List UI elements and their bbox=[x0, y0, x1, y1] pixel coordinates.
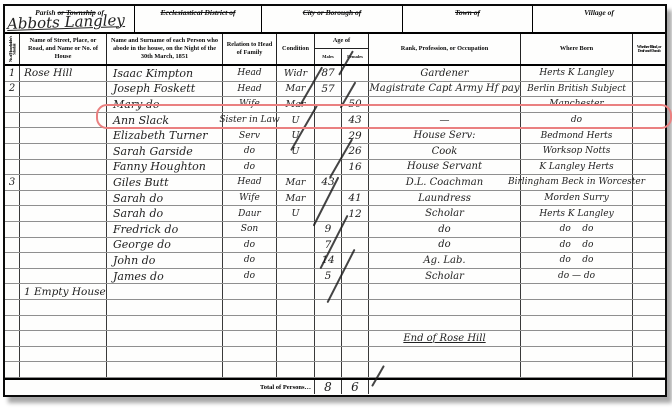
schedule-number-cell bbox=[5, 347, 20, 362]
street-cell bbox=[20, 253, 107, 268]
occupation-cell bbox=[369, 97, 521, 112]
census-row: Sarah do Daur U 12 Scholar Herts K Langl… bbox=[5, 206, 665, 222]
header-relation: Relation to Head of Family bbox=[223, 34, 277, 64]
condition-cell bbox=[277, 331, 315, 346]
schedule-number-cell bbox=[5, 206, 20, 221]
condition-cell: U bbox=[277, 206, 315, 221]
parish-box: Parish or Township of Abbots Langley bbox=[5, 6, 135, 32]
infirmity-cell bbox=[633, 253, 665, 268]
relation-cell: do bbox=[223, 144, 277, 159]
census-row bbox=[5, 347, 665, 363]
street-cell bbox=[20, 300, 107, 315]
age-females-cell bbox=[342, 316, 369, 331]
street-cell bbox=[20, 160, 107, 175]
name-cell: Sarah Garside bbox=[107, 144, 223, 159]
condition-cell bbox=[277, 347, 315, 362]
schedule-number-cell bbox=[5, 316, 20, 331]
town-label: Town of bbox=[455, 8, 480, 17]
occupation-cell: D.L. Coachman bbox=[369, 175, 521, 190]
where-born-cell bbox=[521, 331, 633, 346]
name-cell: Joseph Foskett bbox=[107, 82, 223, 97]
street-cell bbox=[20, 222, 107, 237]
name-cell: Ann Slack bbox=[107, 113, 223, 128]
age-males-cell bbox=[315, 97, 342, 112]
occupation-cell: House Serv: bbox=[369, 128, 521, 143]
parish-value: Abbots Langley bbox=[7, 11, 125, 33]
infirmity-cell bbox=[633, 66, 665, 81]
street-cell bbox=[20, 144, 107, 159]
occupation-cell bbox=[369, 362, 521, 377]
occupation-cell: Ag. Lab. bbox=[369, 253, 521, 268]
street-cell: Rose Hill bbox=[20, 66, 107, 81]
header-age-males: Males bbox=[315, 49, 342, 64]
occupation-cell bbox=[369, 284, 521, 299]
where-born-cell: K Langley Herts bbox=[521, 160, 633, 175]
relation-cell bbox=[223, 316, 277, 331]
age-females-cell bbox=[342, 238, 369, 253]
condition-cell bbox=[277, 316, 315, 331]
condition-cell bbox=[277, 253, 315, 268]
age-females-cell bbox=[342, 175, 369, 190]
header-age-subcolumns: Males Females bbox=[315, 49, 368, 64]
infirmity-cell bbox=[633, 347, 665, 362]
column-headers: No. of Householder's Schedule Name of St… bbox=[5, 34, 665, 66]
relation-cell: do bbox=[223, 160, 277, 175]
schedule-number-cell bbox=[5, 238, 20, 253]
infirmity-cell bbox=[633, 175, 665, 190]
age-females-cell: 43 bbox=[342, 113, 369, 128]
header-where-born: Where Born bbox=[521, 34, 633, 64]
where-born-cell bbox=[521, 347, 633, 362]
header-age: Age of Males Females bbox=[315, 34, 369, 64]
occupation-cell: End of Rose Hill bbox=[369, 331, 521, 346]
schedule-number-cell: 2 bbox=[5, 82, 20, 97]
where-born-cell bbox=[521, 284, 633, 299]
city-borough-box: City or Borough of bbox=[262, 6, 403, 32]
census-table-body: 1 Rose Hill Isaac Kimpton Head Widr 87 G… bbox=[5, 66, 665, 378]
relation-cell: Sister in Law bbox=[223, 113, 277, 128]
village-label: Village of bbox=[584, 8, 614, 17]
name-cell: Sarah do bbox=[107, 191, 223, 206]
town-box: Town of bbox=[403, 6, 533, 32]
schedule-number-cell bbox=[5, 97, 20, 112]
where-born-cell: Birlingham Beck in Worcester bbox=[521, 175, 633, 190]
ecclesiastical-district-box: Ecclesiastical District of bbox=[135, 6, 262, 32]
condition-cell bbox=[277, 300, 315, 315]
age-females-cell bbox=[342, 347, 369, 362]
condition-cell: Mar bbox=[277, 191, 315, 206]
infirmity-cell bbox=[633, 331, 665, 346]
header-age-label: Age of bbox=[315, 34, 368, 49]
relation-cell bbox=[223, 331, 277, 346]
occupation-cell: do bbox=[369, 222, 521, 237]
occupation-cell: Scholar bbox=[369, 206, 521, 221]
street-cell bbox=[20, 206, 107, 221]
name-cell bbox=[107, 347, 223, 362]
occupation-cell: House Servant bbox=[369, 160, 521, 175]
city-borough-label: City or Borough of bbox=[303, 8, 362, 17]
relation-cell: do bbox=[223, 238, 277, 253]
name-cell: John do bbox=[107, 253, 223, 268]
where-born-cell bbox=[521, 316, 633, 331]
total-females-value: 6 bbox=[342, 380, 369, 394]
census-row bbox=[5, 300, 665, 316]
infirmity-cell bbox=[633, 160, 665, 175]
schedule-number-cell bbox=[5, 300, 20, 315]
census-row: Sarah Garside do U 26 Cook Worksop Notts bbox=[5, 144, 665, 160]
age-females-cell bbox=[342, 269, 369, 284]
condition-cell bbox=[277, 222, 315, 237]
where-born-cell: Bedmond Herts bbox=[521, 128, 633, 143]
street-cell bbox=[20, 128, 107, 143]
condition-cell: Mar bbox=[277, 175, 315, 190]
occupation-cell: Magistrate Capt Army Hf pay bbox=[369, 82, 521, 97]
relation-cell: Head bbox=[223, 66, 277, 81]
condition-cell bbox=[277, 238, 315, 253]
schedule-number-cell: 1 bbox=[5, 66, 20, 81]
age-males-cell bbox=[315, 316, 342, 331]
relation-cell bbox=[223, 284, 277, 299]
name-cell: James do bbox=[107, 269, 223, 284]
street-cell bbox=[20, 175, 107, 190]
occupation-cell bbox=[369, 316, 521, 331]
condition-cell bbox=[277, 362, 315, 377]
name-cell: Fanny Houghton bbox=[107, 160, 223, 175]
age-females-cell bbox=[342, 362, 369, 377]
occupation-cell: Laundress bbox=[369, 191, 521, 206]
infirmity-cell bbox=[633, 206, 665, 221]
age-males-cell: 14 bbox=[315, 253, 342, 268]
condition-cell bbox=[277, 269, 315, 284]
name-cell bbox=[107, 284, 223, 299]
where-born-cell: Berlin British Subject bbox=[521, 82, 633, 97]
street-cell bbox=[20, 316, 107, 331]
age-males-cell bbox=[315, 113, 342, 128]
relation-cell bbox=[223, 300, 277, 315]
relation-cell: Wife bbox=[223, 191, 277, 206]
total-row: Total of Persons… 8 6 bbox=[5, 378, 665, 394]
occupation-cell bbox=[369, 300, 521, 315]
census-row: 1 Rose Hill Isaac Kimpton Head Widr 87 G… bbox=[5, 66, 665, 82]
age-females-cell: 16 bbox=[342, 160, 369, 175]
age-males-cell: 57 bbox=[315, 82, 342, 97]
street-cell bbox=[20, 269, 107, 284]
schedule-number-cell bbox=[5, 128, 20, 143]
schedule-number-cell bbox=[5, 284, 20, 299]
infirmity-cell bbox=[633, 113, 665, 128]
schedule-number-cell bbox=[5, 113, 20, 128]
where-born-cell: do do bbox=[521, 222, 633, 237]
occupation-cell: do bbox=[369, 238, 521, 253]
schedule-number-cell bbox=[5, 144, 20, 159]
relation-cell: Son bbox=[223, 222, 277, 237]
relation-cell: Head bbox=[223, 175, 277, 190]
schedule-number-cell bbox=[5, 222, 20, 237]
census-form: Parish or Township of Abbots Langley Ecc… bbox=[3, 4, 667, 397]
occupation-cell: Gardener bbox=[369, 66, 521, 81]
where-born-cell: Herts K Langley bbox=[521, 206, 633, 221]
schedule-number-cell bbox=[5, 160, 20, 175]
occupation-cell: Cook bbox=[369, 144, 521, 159]
street-cell: 1 Empty House bbox=[20, 284, 107, 299]
total-males-value: 8 bbox=[315, 380, 342, 394]
name-cell bbox=[107, 362, 223, 377]
census-scan-page: Parish or Township of Abbots Langley Ecc… bbox=[0, 0, 672, 412]
where-born-cell: Morden Surry bbox=[521, 191, 633, 206]
name-cell bbox=[107, 331, 223, 346]
where-born-cell: Worksop Notts bbox=[521, 144, 633, 159]
name-cell: George do bbox=[107, 238, 223, 253]
relation-cell bbox=[223, 347, 277, 362]
header-infirmity: Whether Blind, or Deaf-and-Dumb bbox=[633, 34, 665, 64]
infirmity-cell bbox=[633, 144, 665, 159]
street-cell bbox=[20, 97, 107, 112]
ecclesiastical-district-label: Ecclesiastical District of bbox=[161, 8, 236, 17]
age-females-cell bbox=[342, 66, 369, 81]
age-males-cell bbox=[315, 144, 342, 159]
age-males-cell bbox=[315, 331, 342, 346]
age-males-cell bbox=[315, 128, 342, 143]
name-cell bbox=[107, 316, 223, 331]
census-row: Mary do Wife Mar 50 Manchester bbox=[5, 97, 665, 113]
infirmity-cell bbox=[633, 82, 665, 97]
relation-cell: Serv bbox=[223, 128, 277, 143]
schedule-number-cell bbox=[5, 331, 20, 346]
infirmity-cell bbox=[633, 238, 665, 253]
census-row: Ann Slack Sister in Law U 43 — do bbox=[5, 113, 665, 129]
condition-cell: Mar bbox=[277, 97, 315, 112]
age-females-cell bbox=[342, 284, 369, 299]
census-row: Elizabeth Turner Serv U 29 House Serv: B… bbox=[5, 128, 665, 144]
where-born-cell: do bbox=[521, 113, 633, 128]
occupation-cell: — bbox=[369, 113, 521, 128]
infirmity-cell bbox=[633, 362, 665, 377]
where-born-cell: do — do bbox=[521, 269, 633, 284]
name-cell: Mary do bbox=[107, 97, 223, 112]
condition-cell: Widr bbox=[277, 66, 315, 81]
relation-cell: do bbox=[223, 269, 277, 284]
infirmity-cell bbox=[633, 222, 665, 237]
street-cell bbox=[20, 113, 107, 128]
form-header-strip: Parish or Township of Abbots Langley Ecc… bbox=[5, 6, 665, 34]
infirmity-cell bbox=[633, 300, 665, 315]
street-cell bbox=[20, 331, 107, 346]
infirmity-cell bbox=[633, 316, 665, 331]
name-cell: Elizabeth Turner bbox=[107, 128, 223, 143]
header-street: Name of Street, Place, or Road, and Name… bbox=[20, 34, 107, 64]
where-born-cell: Herts K Langley bbox=[521, 66, 633, 81]
census-row: John do do 14 Ag. Lab. do do bbox=[5, 253, 665, 269]
village-box: Village of bbox=[533, 6, 665, 32]
name-cell bbox=[107, 300, 223, 315]
name-cell: Giles Butt bbox=[107, 175, 223, 190]
relation-cell: Daur bbox=[223, 206, 277, 221]
where-born-cell bbox=[521, 362, 633, 377]
age-females-cell bbox=[342, 300, 369, 315]
street-cell bbox=[20, 362, 107, 377]
census-row bbox=[5, 362, 665, 378]
header-condition: Condition bbox=[277, 34, 315, 64]
name-cell: Isaac Kimpton bbox=[107, 66, 223, 81]
relation-cell bbox=[223, 362, 277, 377]
census-row: James do do 5 Scholar do — do bbox=[5, 269, 665, 285]
schedule-number-cell bbox=[5, 362, 20, 377]
age-males-cell bbox=[315, 362, 342, 377]
where-born-cell: Manchester bbox=[521, 97, 633, 112]
schedule-number-cell: 3 bbox=[5, 175, 20, 190]
infirmity-cell bbox=[633, 128, 665, 143]
infirmity-cell bbox=[633, 97, 665, 112]
schedule-number-cell bbox=[5, 191, 20, 206]
name-cell: Sarah do bbox=[107, 206, 223, 221]
occupation-cell: Scholar bbox=[369, 269, 521, 284]
age-females-cell: 29 bbox=[342, 128, 369, 143]
infirmity-cell bbox=[633, 284, 665, 299]
header-name: Name and Surname of each Person who abod… bbox=[107, 34, 223, 64]
condition-cell bbox=[277, 284, 315, 299]
condition-cell bbox=[277, 160, 315, 175]
condition-cell: U bbox=[277, 144, 315, 159]
schedule-number-cell bbox=[5, 269, 20, 284]
schedule-number-cell bbox=[5, 253, 20, 268]
where-born-cell: do do bbox=[521, 253, 633, 268]
total-persons-label: Total of Persons… bbox=[5, 380, 315, 394]
age-females-cell bbox=[342, 331, 369, 346]
relation-cell: Head bbox=[223, 82, 277, 97]
header-occupation: Rank, Profession, or Occupation bbox=[369, 34, 521, 64]
street-cell bbox=[20, 82, 107, 97]
relation-cell: do bbox=[223, 253, 277, 268]
street-cell bbox=[20, 347, 107, 362]
where-born-cell bbox=[521, 300, 633, 315]
census-row bbox=[5, 316, 665, 332]
age-males-cell bbox=[315, 347, 342, 362]
occupation-cell bbox=[369, 347, 521, 362]
census-row: 2 Joseph Foskett Head Mar 57 Magistrate … bbox=[5, 82, 665, 98]
infirmity-cell bbox=[633, 191, 665, 206]
name-cell: Fredrick do bbox=[107, 222, 223, 237]
age-females-cell bbox=[342, 222, 369, 237]
total-row-blank bbox=[369, 380, 665, 394]
street-cell bbox=[20, 191, 107, 206]
street-cell bbox=[20, 238, 107, 253]
header-schedule: No. of Householder's Schedule bbox=[5, 34, 20, 64]
census-row: End of Rose Hill bbox=[5, 331, 665, 347]
age-females-cell: 41 bbox=[342, 191, 369, 206]
relation-cell: Wife bbox=[223, 97, 277, 112]
where-born-cell: do do bbox=[521, 238, 633, 253]
infirmity-cell bbox=[633, 269, 665, 284]
census-row: Sarah do Wife Mar 41 Laundress Morden Su… bbox=[5, 191, 665, 207]
